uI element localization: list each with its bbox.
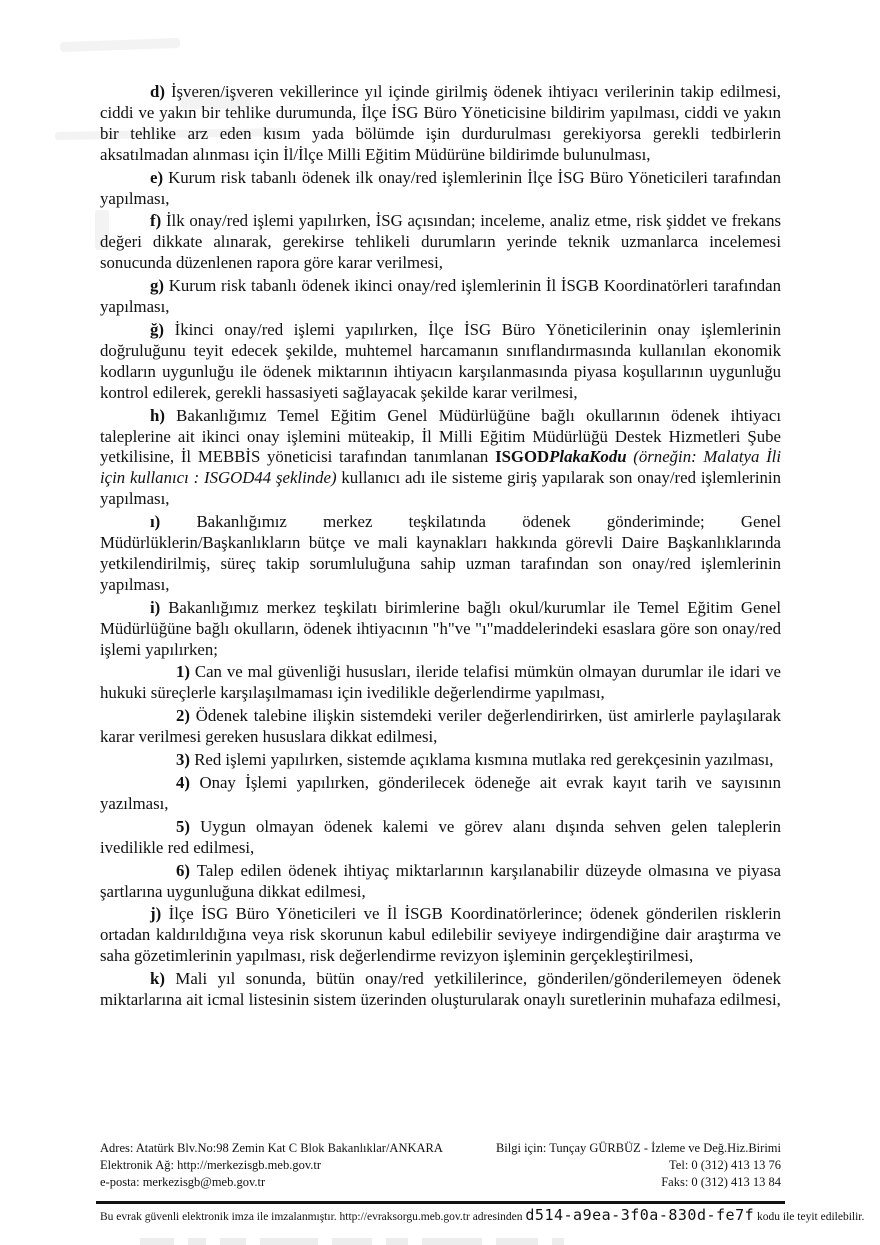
paragraph-label: 1) <box>176 662 195 681</box>
paragraph-label: 2) <box>176 706 196 725</box>
paragraph-text: Can ve mal güvenliği hususları, ileride … <box>100 662 781 702</box>
verification-suffix: kodu ile teyit edilebilir. <box>757 1211 864 1223</box>
paragraph-label: e) <box>150 168 168 187</box>
footer-address-block: Adres: Atatürk Blv.No:98 Zemin Kat C Blo… <box>100 1140 443 1191</box>
footer-email-line: e-posta: merkezisgb@meb.gov.tr <box>100 1174 443 1191</box>
verification-code: d514-a9ea-3f0a-830d-fe7f <box>525 1206 754 1224</box>
paragraph-text: İkinci onay/red işlemi yapılırken, İlçe … <box>100 320 781 402</box>
paragraph-label: ğ) <box>150 320 175 339</box>
footer-web-line: Elektronik Ağ: http://merkezisgb.meb.gov… <box>100 1157 443 1174</box>
paragraph-d: d) İşveren/işveren vekillerince yıl için… <box>100 82 781 166</box>
paragraph-e: e) Kurum risk tabanlı ödenek ilk onay/re… <box>100 168 781 210</box>
paragraph-text: Kurum risk tabanlı ödenek ilk onay/red i… <box>100 168 781 208</box>
footer-contact-block: Bilgi için: Tunçay GÜRBÜZ - İzleme ve De… <box>496 1140 781 1191</box>
paragraph-j: j) İlçe İSG Büro Yöneticileri ve İl İSGB… <box>100 904 781 967</box>
paragraph-ı: ı) Bakanlığımız merkez teşkilatında öden… <box>100 512 781 596</box>
footer: Adres: Atatürk Blv.No:98 Zemin Kat C Blo… <box>100 1140 781 1191</box>
paragraph-label: d) <box>150 82 171 101</box>
paragraph-k: k) Mali yıl sonunda, bütün onay/red yetk… <box>100 969 781 1011</box>
paragraph-text: Kurum risk tabanlı ödenek ikinci onay/re… <box>100 276 781 316</box>
scan-artifact <box>60 38 180 52</box>
paragraph-5: 5) Uygun olmayan ödenek kalemi ve görev … <box>100 817 781 859</box>
paragraph-label: 5) <box>176 817 200 836</box>
paragraph-text: ISGOD <box>495 447 549 466</box>
paragraph-g: g) Kurum risk tabanlı ödenek ikinci onay… <box>100 276 781 318</box>
paragraph-label: f) <box>150 211 166 230</box>
paragraph-text: Uygun olmayan ödenek kalemi ve görev ala… <box>100 817 781 857</box>
paragraph-text: PlakaKodu <box>549 447 626 466</box>
paragraph-text: Bakanlığımız merkez teşkilatında ödenek … <box>100 512 781 594</box>
paragraph-label: g) <box>150 276 169 295</box>
paragraph-label: ı) <box>150 512 196 531</box>
paragraph-f: f) İlk onay/red işlemi yapılırken, İSG a… <box>100 211 781 274</box>
paragraph-text: Onay İşlemi yapılırken, gönderilecek öde… <box>100 773 781 813</box>
paragraph-text: Red işlemi yapılırken, sistemde açıklama… <box>194 750 773 769</box>
paragraph-label: h) <box>150 406 176 425</box>
paragraph-text: Bakanlığımız merkez teşkilatı birimlerin… <box>100 598 781 659</box>
document-page: d) İşveren/işveren vekillerince yıl için… <box>0 0 880 1245</box>
paragraph-label: 6) <box>176 861 197 880</box>
paragraph-label: j) <box>150 904 169 923</box>
footer-info-line: Bilgi için: Tunçay GÜRBÜZ - İzleme ve De… <box>496 1140 781 1157</box>
paragraph-ğ: ğ) İkinci onay/red işlemi yapılırken, İl… <box>100 320 781 404</box>
paragraph-text: Ödenek talebine ilişkin sistemdeki veril… <box>100 706 781 746</box>
footer-tel-line: Tel: 0 (312) 413 13 76 <box>496 1157 781 1174</box>
paragraph-i: i) Bakanlığımız merkez teşkilatı birimle… <box>100 598 781 661</box>
paragraph-h: h) Bakanlığımız Temel Eğitim Genel Müdür… <box>100 406 781 511</box>
cut-off-text-fragment <box>140 1238 620 1245</box>
paragraph-label: 3) <box>176 750 194 769</box>
paragraph-text: İlçe İSG Büro Yöneticileri ve İl İSGB Ko… <box>100 904 781 965</box>
footer-address-line: Adres: Atatürk Blv.No:98 Zemin Kat C Blo… <box>100 1140 443 1157</box>
footer-fax-line: Faks: 0 (312) 413 13 84 <box>496 1174 781 1191</box>
document-body: d) İşveren/işveren vekillerince yıl için… <box>100 82 781 1013</box>
paragraph-text: Mali yıl sonunda, bütün onay/red yetkili… <box>100 969 781 1009</box>
paragraph-label: i) <box>150 598 168 617</box>
paragraph-6: 6) Talep edilen ödenek ihtiyaç miktarlar… <box>100 861 781 903</box>
paragraph-2: 2) Ödenek talebine ilişkin sistemdeki ve… <box>100 706 781 748</box>
paragraph-text: İşveren/işveren vekillerince yıl içinde … <box>100 82 781 164</box>
paragraph-label: k) <box>150 969 175 988</box>
footer-divider <box>96 1201 785 1204</box>
paragraph-label: 4) <box>176 773 199 792</box>
paragraph-3: 3) Red işlemi yapılırken, sistemde açıkl… <box>100 750 781 771</box>
paragraph-text: İlk onay/red işlemi yapılırken, İSG açıs… <box>100 211 781 272</box>
paragraph-1: 1) Can ve mal güvenliği hususları, ileri… <box>100 662 781 704</box>
paragraph-4: 4) Onay İşlemi yapılırken, gönderilecek … <box>100 773 781 815</box>
verification-line: Bu evrak güvenli elektronik imza ile imz… <box>100 1206 781 1224</box>
verification-prefix: Bu evrak güvenli elektronik imza ile imz… <box>100 1211 523 1223</box>
paragraph-text: Talep edilen ödenek ihtiyaç miktarlarını… <box>100 861 781 901</box>
